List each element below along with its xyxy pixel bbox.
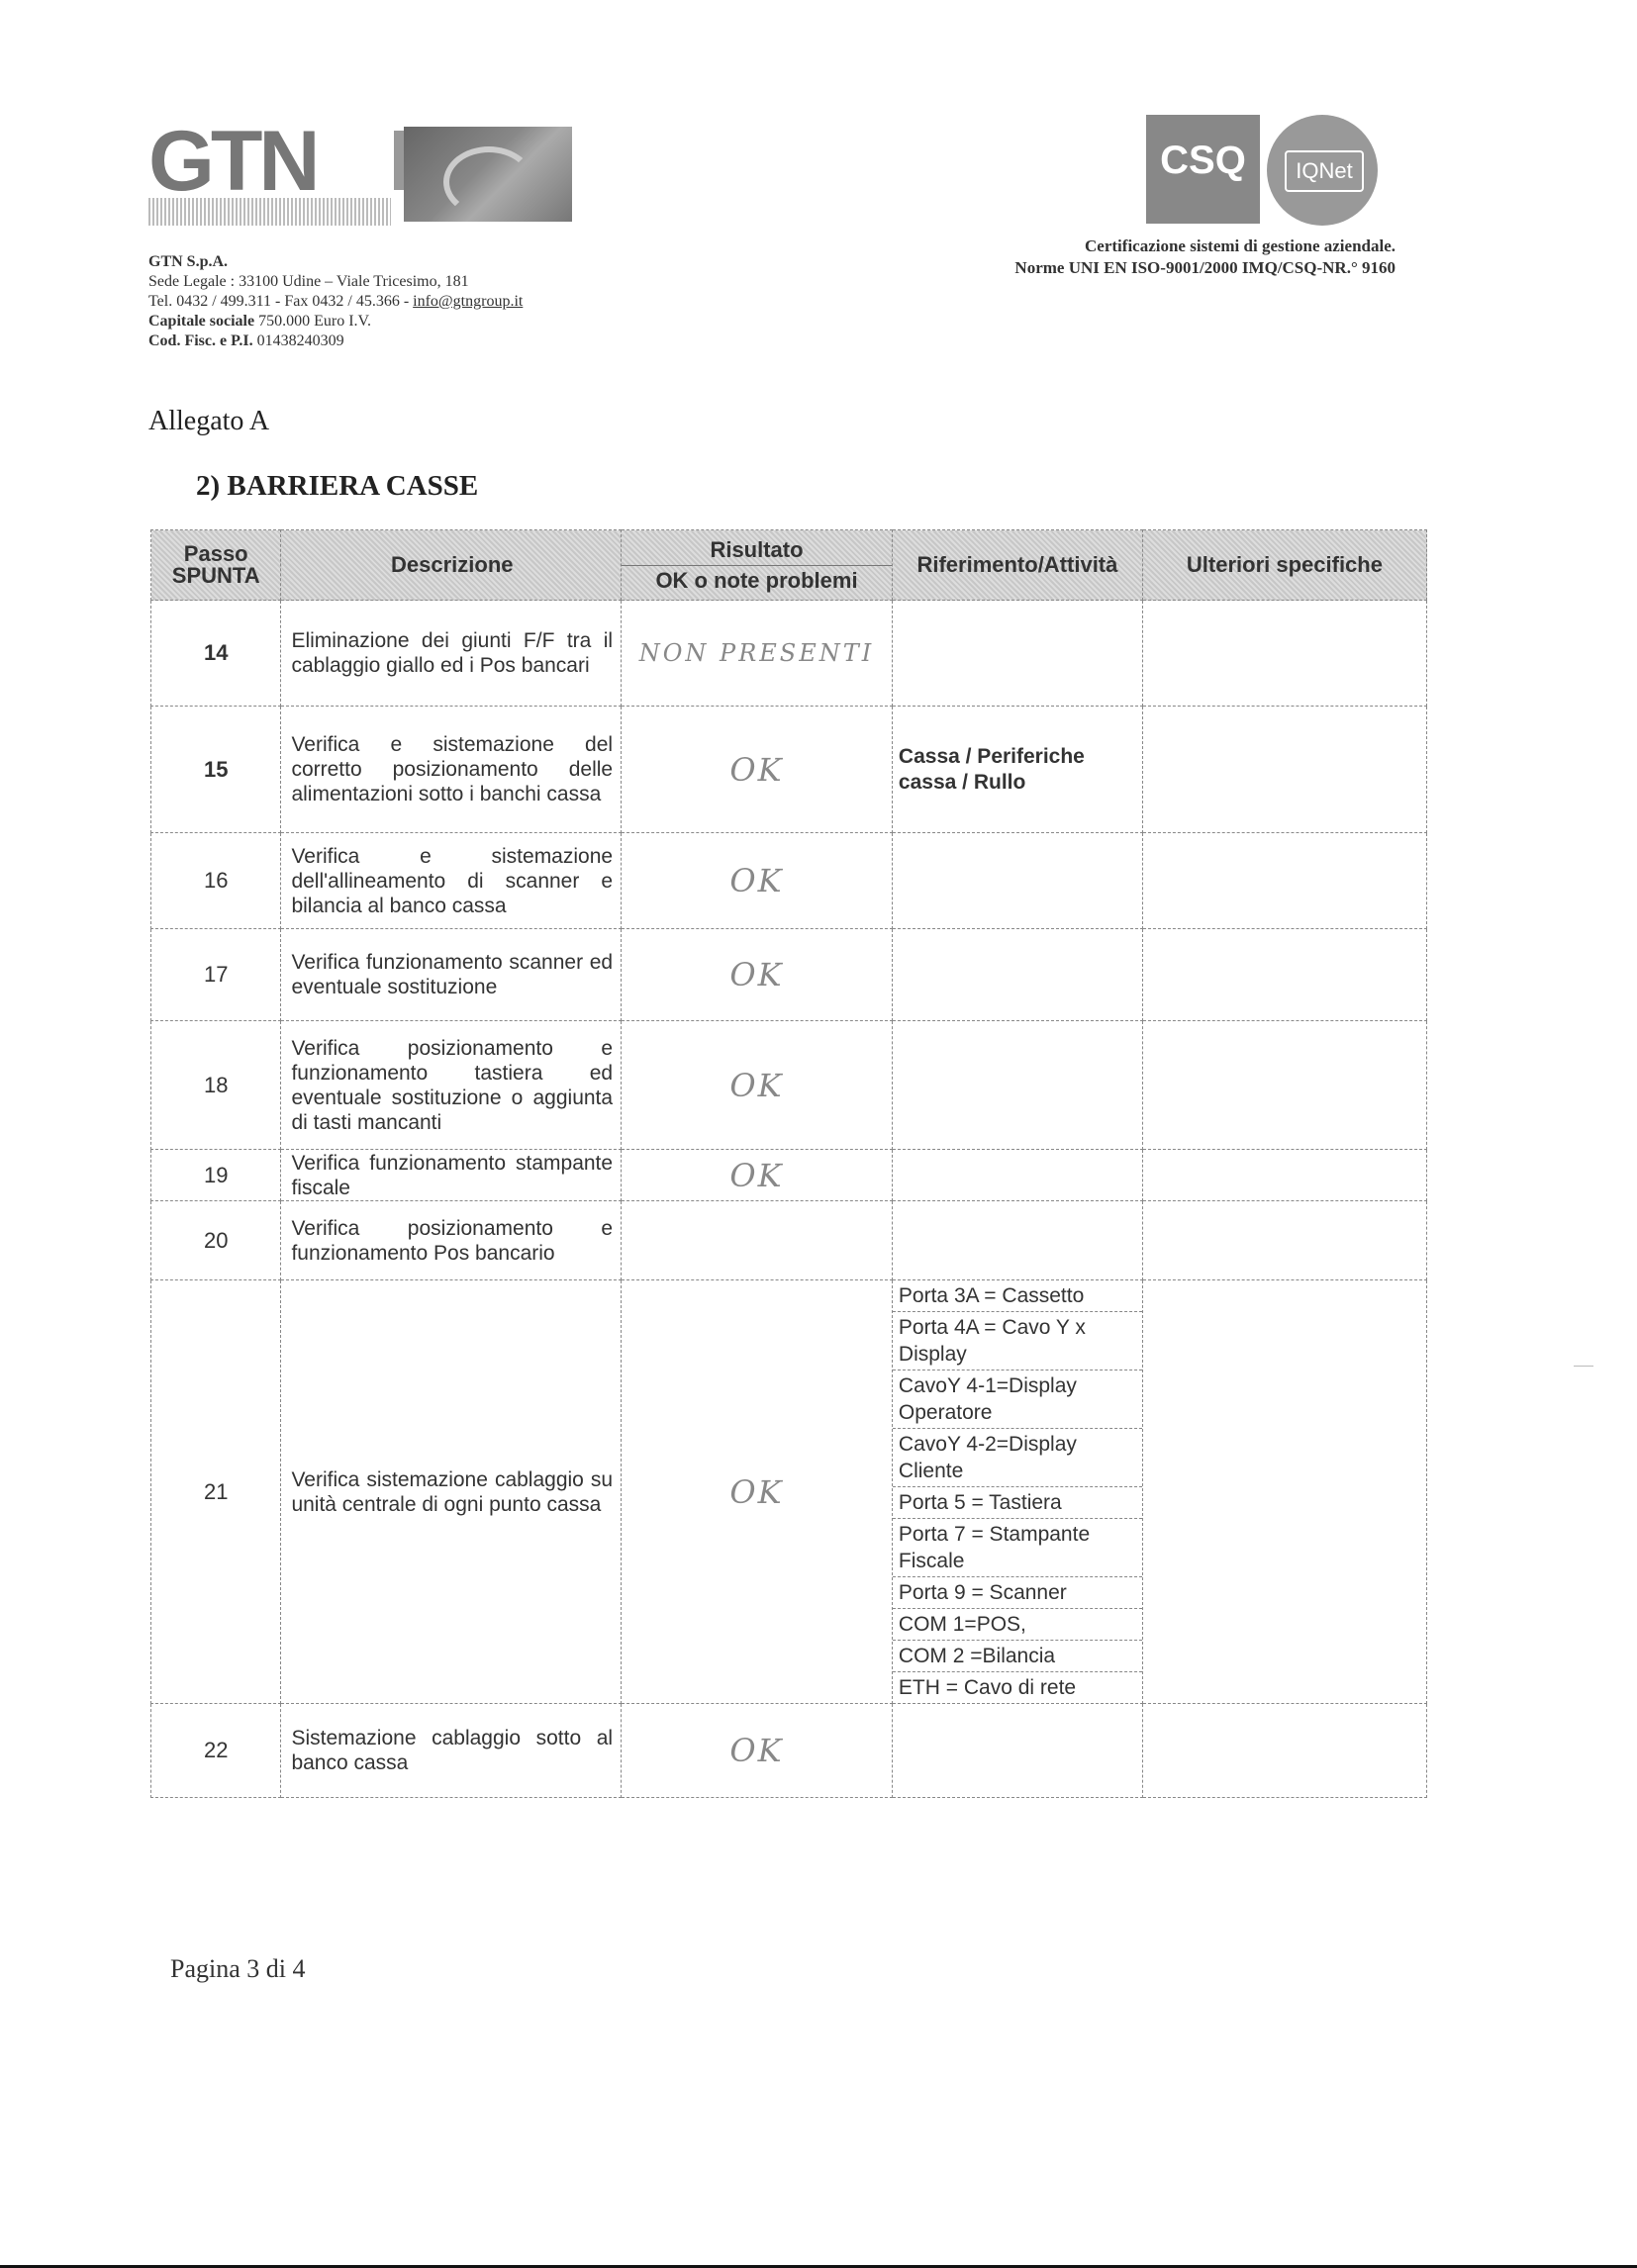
handwritten-result: OK	[729, 1157, 783, 1194]
reference-cell[interactable]	[892, 1150, 1142, 1201]
table-row: 21 Verifica sistemazione cablaggio su un…	[151, 1280, 1427, 1704]
further-cell[interactable]	[1142, 1201, 1426, 1280]
port-item: Porta 9 = Scanner	[893, 1577, 1142, 1609]
description-cell: Verifica funzionamento stampante fiscale	[281, 1150, 622, 1201]
reference-cell[interactable]	[892, 833, 1142, 929]
csq-logo-text: CSQ	[1146, 139, 1260, 183]
certification-text: Certificazione sistemi di gestione azien…	[891, 236, 1396, 279]
checklist-table: PassoSPUNTA Descrizione RisultatoOK o no…	[150, 529, 1427, 1798]
company-email-link[interactable]: info@gtngroup.it	[413, 293, 523, 310]
result-cell[interactable]: OK	[622, 833, 893, 929]
header-step: PassoSPUNTA	[151, 530, 281, 601]
step-cell: 20	[151, 1201, 281, 1280]
company-name: GTN S.p.A.	[148, 252, 523, 272]
iqnet-logo-text: IQNet	[1285, 150, 1364, 192]
description-cell: Verifica e sistemazione dell'allineament…	[281, 833, 622, 929]
port-item: CavoY 4-2=Display Cliente	[893, 1429, 1142, 1487]
description-cell: Verifica posizionamento e funzionamento …	[281, 1201, 622, 1280]
port-item: Porta 3A = Cassetto	[893, 1280, 1142, 1312]
company-phone-fax: Tel. 0432 / 499.311 - Fax 0432 / 45.366 …	[148, 293, 413, 310]
step-cell: 18	[151, 1021, 281, 1150]
tax-label: Cod. Fisc. e P.I.	[148, 332, 253, 349]
table-header-row: PassoSPUNTA Descrizione RisultatoOK o no…	[151, 530, 1427, 601]
capital-label: Capitale sociale	[148, 313, 254, 330]
table-row: 17 Verifica funzionamento scanner ed eve…	[151, 929, 1427, 1021]
table-row: 20 Verifica posizionamento e funzionamen…	[151, 1201, 1427, 1280]
tax-value: 01438240309	[253, 332, 344, 349]
header-description: Descrizione	[281, 530, 622, 601]
handwritten-result: OK	[729, 1067, 783, 1104]
gtn-logo-text: GTN	[148, 127, 396, 196]
header-step-line-2: SPUNTA	[172, 563, 260, 588]
step-cell: 22	[151, 1704, 281, 1798]
scan-artifact	[1574, 1366, 1593, 1367]
step-cell: 17	[151, 929, 281, 1021]
description-cell: Verifica e sistemazione del corretto pos…	[281, 707, 622, 833]
header-result-line-2: OK o note problemi	[622, 565, 892, 592]
result-cell[interactable]	[622, 1201, 893, 1280]
description-cell: Verifica posizionamento e funzionamento …	[281, 1021, 622, 1150]
page-number: Pagina 3 di 4	[170, 1954, 306, 1984]
step-cell: 15	[151, 707, 281, 833]
port-item: Porta 7 = Stampante Fiscale	[893, 1519, 1142, 1577]
swirl-icon	[443, 146, 534, 218]
result-cell[interactable]: OK	[622, 707, 893, 833]
reference-cell[interactable]: Cassa / Periferiche cassa / Rullo	[892, 707, 1142, 833]
table-row: 18 Verifica posizionamento e funzionamen…	[151, 1021, 1427, 1150]
port-item: Porta 4A = Cavo Y x Display	[893, 1312, 1142, 1370]
company-capital: Capitale sociale 750.000 Euro I.V.	[148, 312, 523, 331]
description-cell: Eliminazione dei giunti F/F tra il cabla…	[281, 601, 622, 707]
table-row: 16 Verifica e sistemazione dell'allineam…	[151, 833, 1427, 929]
reference-cell[interactable]	[892, 1704, 1142, 1798]
section-title: 2) BARRIERA CASSE	[196, 470, 478, 503]
handwritten-result: OK	[729, 1732, 783, 1769]
reference-cell[interactable]	[892, 929, 1142, 1021]
port-item: ETH = Cavo di rete	[893, 1672, 1142, 1703]
port-item: COM 2 =Bilancia	[893, 1641, 1142, 1672]
certification-line-1: Certificazione sistemi di gestione azien…	[891, 236, 1396, 257]
further-cell[interactable]	[1142, 833, 1426, 929]
capital-value: 750.000 Euro I.V.	[254, 313, 371, 330]
reference-cell[interactable]	[892, 1021, 1142, 1150]
company-info: GTN S.p.A. Sede Legale : 33100 Udine – V…	[148, 252, 523, 351]
table-row: 19 Verifica funzionamento stampante fisc…	[151, 1150, 1427, 1201]
step-cell: 19	[151, 1150, 281, 1201]
reference-cell[interactable]	[892, 1201, 1142, 1280]
header-further: Ulteriori specifiche	[1142, 530, 1426, 601]
description-cell: Sistemazione cablaggio sotto al banco ca…	[281, 1704, 622, 1798]
step-cell: 21	[151, 1280, 281, 1704]
header-result: RisultatoOK o note problemi	[622, 530, 893, 601]
further-cell[interactable]	[1142, 929, 1426, 1021]
further-cell[interactable]	[1142, 601, 1426, 707]
handwritten-result: OK	[729, 862, 783, 899]
header-reference: Riferimento/Attività	[892, 530, 1142, 601]
certification-line-2: Norme UNI EN ISO-9001/2000 IMQ/CSQ-NR.° …	[891, 257, 1396, 279]
result-cell[interactable]: OK	[622, 1704, 893, 1798]
further-cell[interactable]	[1142, 1150, 1426, 1201]
table-row: 15 Verifica e sistemazione del corretto …	[151, 707, 1427, 833]
reference-cell[interactable]: Porta 3A = Cassetto Porta 4A = Cavo Y x …	[892, 1280, 1142, 1704]
reference-cell[interactable]	[892, 601, 1142, 707]
company-contacts: Tel. 0432 / 499.311 - Fax 0432 / 45.366 …	[148, 292, 523, 312]
step-cell: 16	[151, 833, 281, 929]
port-item: Porta 5 = Tastiera	[893, 1487, 1142, 1519]
table-row: 22 Sistemazione cablaggio sotto al banco…	[151, 1704, 1427, 1798]
further-cell[interactable]	[1142, 707, 1426, 833]
gtn-logo-stripe	[148, 198, 391, 226]
company-address: Sede Legale : 33100 Udine – Viale Trices…	[148, 272, 523, 292]
annex-title: Allegato A	[148, 406, 269, 437]
result-cell[interactable]: OK	[622, 1021, 893, 1150]
further-cell[interactable]	[1142, 1704, 1426, 1798]
gtn-logo-image	[404, 127, 572, 222]
further-cell[interactable]	[1142, 1280, 1426, 1704]
table-row: 14 Eliminazione dei giunti F/F tra il ca…	[151, 601, 1427, 707]
handwritten-result: OK	[729, 1473, 783, 1511]
header-result-line-1: Risultato	[710, 537, 803, 562]
result-cell[interactable]: OK	[622, 929, 893, 1021]
port-item: CavoY 4-1=Display Operatore	[893, 1370, 1142, 1429]
gtn-logo: GTN	[148, 127, 574, 226]
further-cell[interactable]	[1142, 1021, 1426, 1150]
result-cell[interactable]: OK	[622, 1280, 893, 1704]
result-cell[interactable]: NON PRESENTI	[622, 601, 893, 707]
step-cell: 14	[151, 601, 281, 707]
handwritten-result: OK	[729, 751, 783, 789]
description-cell: Verifica funzionamento scanner ed eventu…	[281, 929, 622, 1021]
port-item: COM 1=POS,	[893, 1609, 1142, 1641]
company-tax-id: Cod. Fisc. e P.I. 01438240309	[148, 331, 523, 351]
port-list: Porta 3A = Cassetto Porta 4A = Cavo Y x …	[893, 1280, 1142, 1703]
handwritten-result: NON PRESENTI	[639, 639, 875, 667]
result-cell[interactable]: OK	[622, 1150, 893, 1201]
handwritten-result: OK	[729, 956, 783, 993]
description-cell: Verifica sistemazione cablaggio su unità…	[281, 1280, 622, 1704]
